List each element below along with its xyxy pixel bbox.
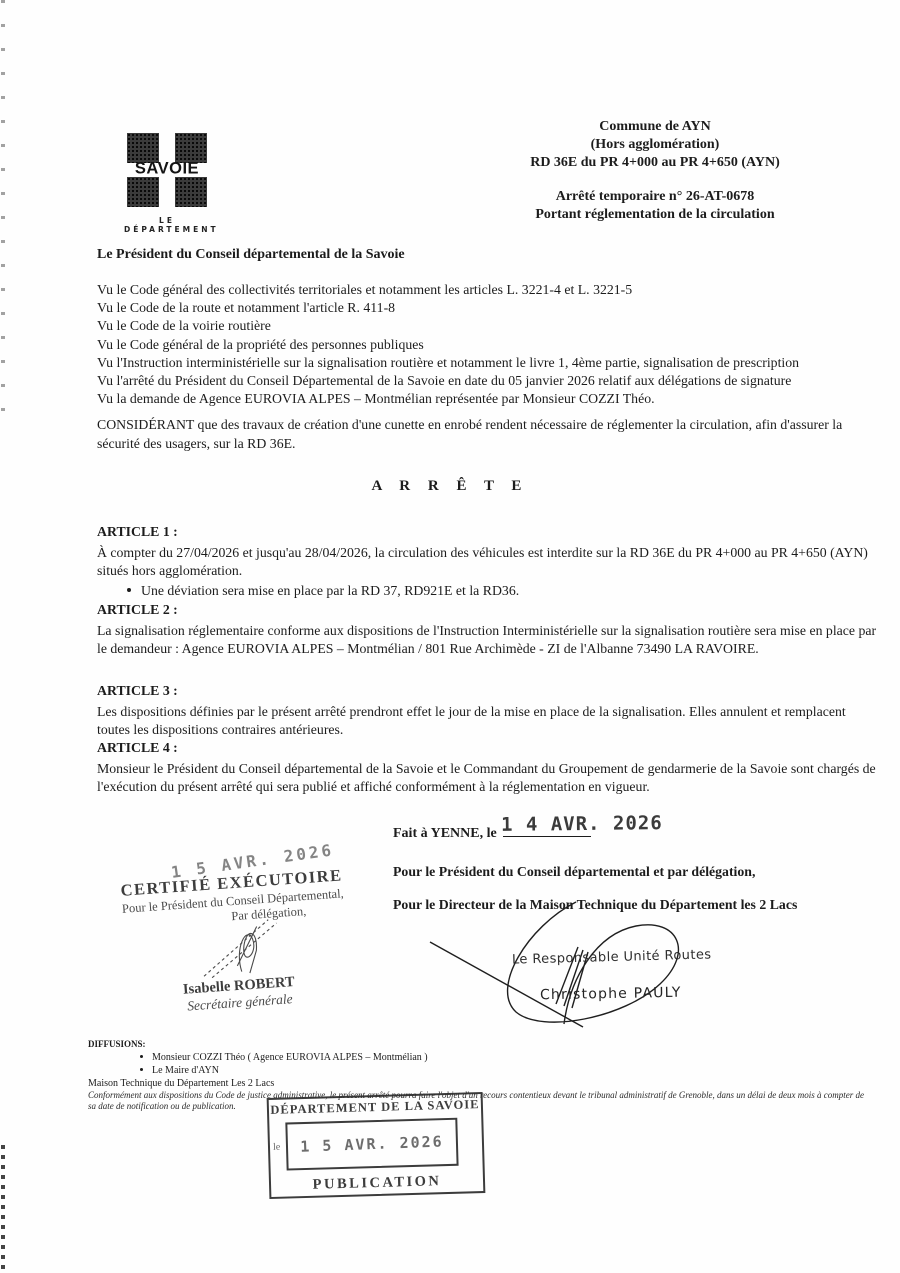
fait-a-line: Fait à YENNE, le 1 4 AVR. 2026	[393, 826, 591, 842]
bullet-icon	[140, 1068, 143, 1071]
vu-line: Vu l'arrêté du Président du Conseil Dépa…	[97, 372, 799, 390]
vu-line: Vu la demande de Agence EUROVIA ALPES – …	[97, 390, 799, 408]
diffusion-item: Le Maire d'AYN	[152, 1064, 219, 1077]
publication-stamp-header: DÉPARTEMENT DE LA SAVOIE	[269, 1094, 481, 1118]
logo-square-icon	[175, 133, 207, 163]
arrete-heading: A R R Ê T E	[0, 478, 900, 495]
president-line: Le Président du Conseil départemental de…	[97, 247, 405, 263]
article-body: Monsieur le Président du Conseil départe…	[97, 760, 877, 797]
considerant-paragraph: CONSIDÉRANT que des travaux de création …	[97, 416, 879, 453]
diffusions-title: DIFFUSIONS:	[88, 1038, 428, 1051]
certify-executoire-stamp: 1 5 AVR. 2026 CERTIFIÉ EXÉCUTOIRE Pour l…	[85, 843, 385, 1021]
article-2: ARTICLE 2 : La signalisation réglementai…	[97, 601, 877, 659]
vu-line: Vu l'Instruction interministérielle sur …	[97, 354, 799, 372]
signature-christophe-pauly	[428, 892, 718, 1042]
agglomeration-line: (Hors agglomération)	[455, 136, 855, 154]
diffusions-block: DIFFUSIONS: Monsieur COZZI Théo ( Agence…	[88, 1038, 428, 1077]
vu-list: Vu le Code général des collectivités ter…	[97, 281, 799, 408]
diffusion-item: Monsieur COZZI Théo ( Agence EUROVIA ALP…	[152, 1051, 428, 1064]
scan-artifact-left-edge-top	[1, 0, 5, 420]
date-stamp-14-avr: 1 4 AVR. 2026	[501, 812, 663, 836]
footer-service-line: Maison Technique du Département Les 2 La…	[88, 1078, 274, 1089]
date-underline	[503, 836, 591, 837]
road-line: RD 36E du PR 4+000 au PR 4+650 (AYN)	[455, 154, 855, 172]
publication-stamp: DÉPARTEMENT DE LA SAVOIE le 1 5 AVR. 202…	[267, 1092, 486, 1199]
signer-name-line: Christophe PAULY	[540, 985, 682, 1003]
article-title: ARTICLE 2 :	[97, 601, 877, 620]
logo-caption: LE DÉPARTEMENT	[124, 216, 210, 234]
logo-square-icon	[127, 133, 159, 163]
article-body: Les dispositions définies par le présent…	[97, 703, 877, 740]
publication-stamp-label: PUBLICATION	[271, 1172, 483, 1195]
savoie-logo: SAVOIE LE DÉPARTEMENT	[124, 133, 210, 234]
document-header: Commune de AYN (Hors agglomération) RD 3…	[455, 118, 855, 224]
article-3: ARTICLE 3 : Les dispositions définies pa…	[97, 682, 877, 740]
logo-savoie-text: SAVOIE	[124, 160, 210, 179]
bullet-icon	[127, 588, 131, 592]
article-title: ARTICLE 3 :	[97, 682, 877, 701]
article-title: ARTICLE 1 :	[97, 523, 877, 542]
vu-line: Vu le Code de la route et notamment l'ar…	[97, 299, 799, 317]
scan-artifact-left-edge-bottom	[1, 1145, 5, 1273]
article-body: À compter du 27/04/2026 et jusqu'au 28/0…	[97, 544, 877, 581]
arrete-subject-line: Portant réglementation de la circulation	[455, 206, 855, 224]
logo-square-icon	[127, 177, 159, 207]
article-4: ARTICLE 4 : Monsieur le Président du Con…	[97, 739, 877, 797]
vu-line: Vu le Code général de la propriété des p…	[97, 336, 799, 354]
arrete-number-line: Arrêté temporaire n° 26-AT-0678	[455, 188, 855, 206]
logo-square-icon	[175, 177, 207, 207]
fait-a-label: Fait à YENNE, le	[393, 826, 497, 841]
publication-stamp-le: le	[273, 1142, 281, 1153]
vu-line: Vu le Code général des collectivités ter…	[97, 281, 799, 299]
bullet-icon	[140, 1055, 143, 1058]
article-title: ARTICLE 4 :	[97, 739, 877, 758]
publication-stamp-date: 1 5 AVR. 2026	[287, 1119, 456, 1169]
commune-line: Commune de AYN	[455, 118, 855, 136]
publication-stamp-date-box: 1 5 AVR. 2026	[285, 1118, 458, 1171]
vu-line: Vu le Code de la voirie routière	[97, 317, 799, 335]
signature-scribble-icon	[194, 912, 298, 981]
article-1: ARTICLE 1 : À compter du 27/04/2026 et j…	[97, 523, 877, 600]
document-page: SAVOIE LE DÉPARTEMENT Commune de AYN (Ho…	[0, 0, 900, 1273]
delegation-line-1: Pour le Président du Conseil département…	[393, 864, 755, 880]
article-body: La signalisation réglementaire conforme …	[97, 622, 877, 659]
article-bullet: Une déviation sera mise en place par la …	[141, 582, 519, 601]
